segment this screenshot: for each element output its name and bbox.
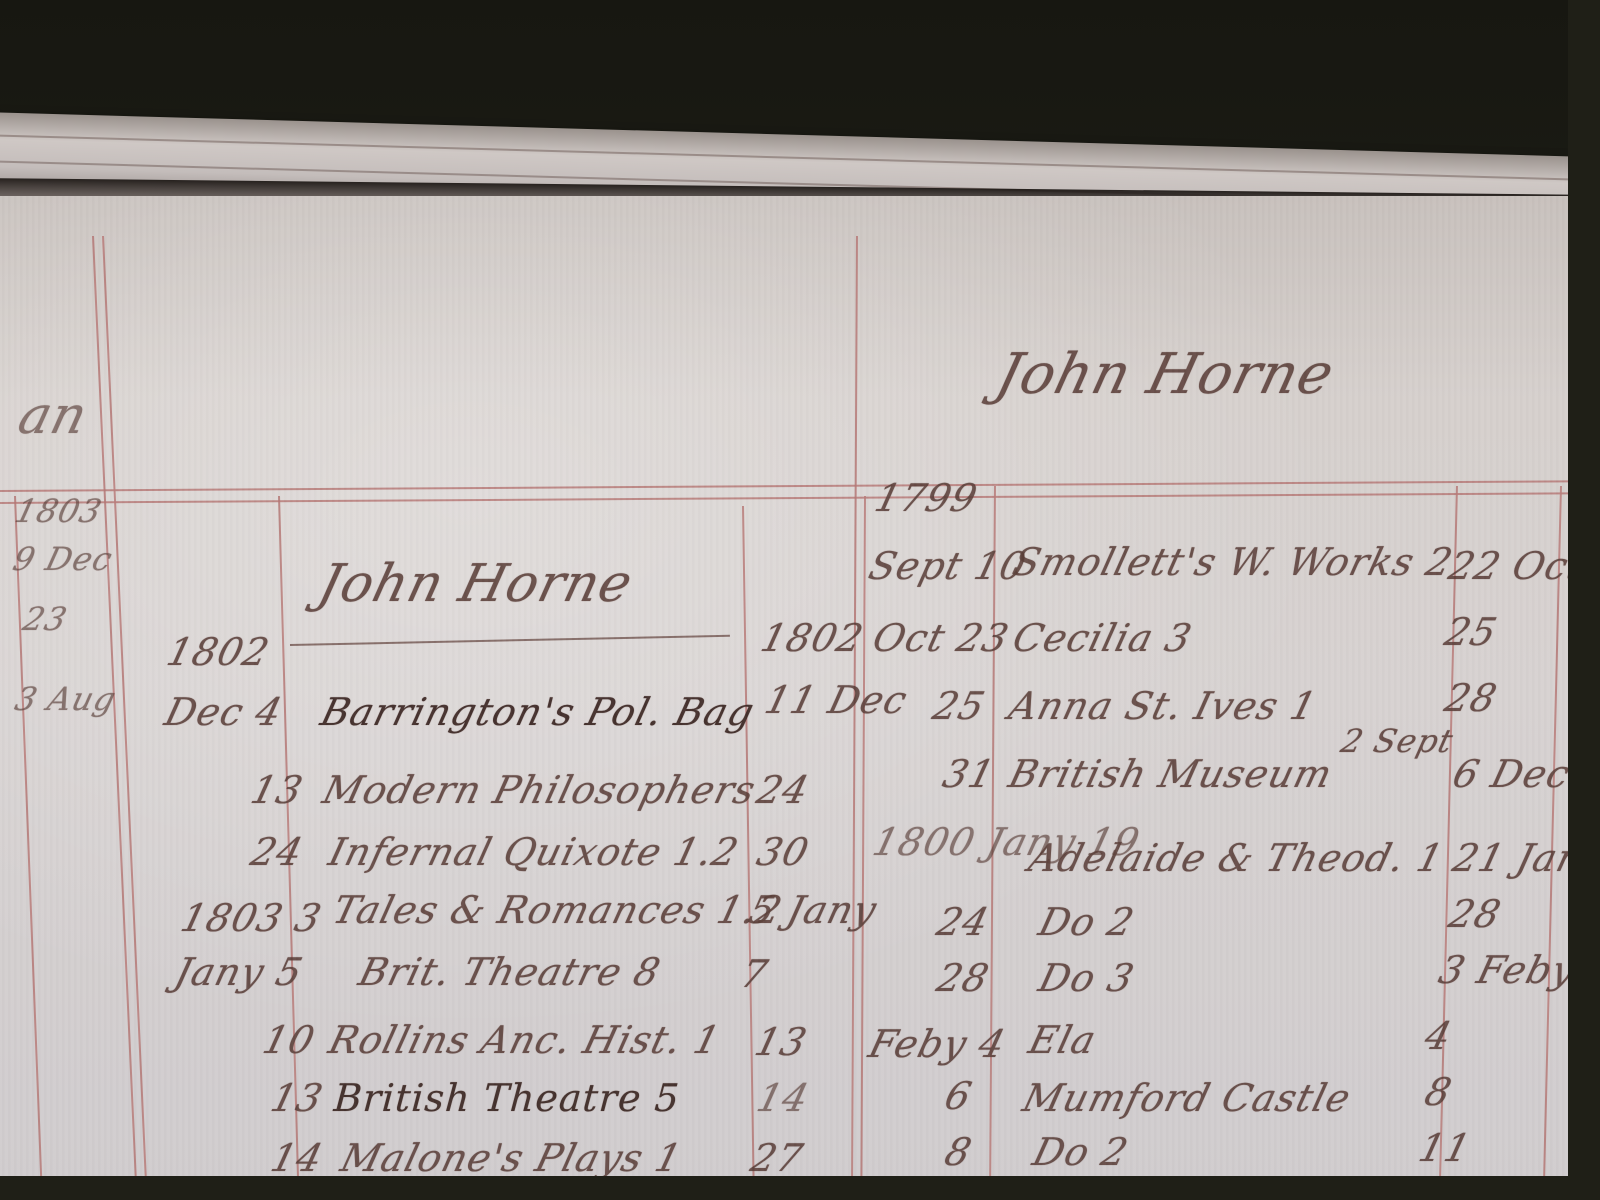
page-edge-line [0,134,1568,181]
heading-underline [290,635,730,646]
entry-returned: 27 [747,1136,808,1176]
entry-date-out: Oct 23 [869,616,1014,660]
entry-returned: 14 [753,1076,814,1120]
entry-date-out: 6 [941,1074,977,1118]
entry-date-out: Jany 5 [171,950,308,994]
entry-title: Modern Philosophers [319,768,761,812]
entry-date-out: 10 [259,1018,320,1062]
rule-line-horizontal [0,492,1568,504]
entry-title: Smollett's W. Works 2 [1009,540,1458,584]
margin-fragment: 1803 [11,492,106,530]
entry-returned: 5 Jany [745,888,882,932]
year-returned: 1802 [757,616,869,660]
ledger-page: an 1803 9 Dec 23 3 Aug John Horne 1802 1… [0,196,1568,1176]
entry-title: British Theatre 5 [332,1076,681,1120]
entry-returned: 28 [1441,676,1502,720]
entry-title: Anna St. Ives 1 [1005,684,1322,728]
entry-title: Infernal Quixote 1.2 [325,830,744,874]
entry-returned: 11 [1415,1126,1476,1170]
rule-line-vertical [860,496,866,1176]
entry-date-out: 24 [247,830,308,874]
entry-date-out: 28 [933,956,994,1000]
entry-title: Cecilia 3 [1009,616,1197,660]
entry-date-out: Feby 4 [865,1022,1011,1066]
entry-returned: 30 [753,830,814,874]
entry-title: Tales & Romances 1.2 [329,888,788,932]
entry-date-out: Sept 10 [865,544,1032,588]
entry-title: Do 3 [1035,956,1140,1000]
year-out: 1802 [163,630,275,674]
margin-fragment: 3 Aug [11,680,120,718]
entry-returned: 11 Dec [761,678,913,722]
entry-date-out: 24 [933,900,994,944]
entry-title: Mumford Castle [1019,1076,1356,1120]
entry-returned: 7 [737,952,773,996]
entry-title: Malone's Plays 1 [337,1136,687,1176]
entry-returned: 21 Jany [1449,836,1568,880]
entry-returned: 25 [1441,610,1502,654]
entry-date-out: 13 [247,768,308,812]
entry-date-out: 1803 3 [177,896,327,940]
entry-returned: 22 Oct [1445,544,1568,588]
entry-returned: 13 [751,1020,812,1064]
entry-title: Ela [1025,1018,1102,1062]
rule-line-vertical [1543,486,1562,1176]
entry-returned: 3 Feby [1435,948,1568,992]
year: 1799 [871,476,983,520]
entry-returned: 28 [1445,892,1506,936]
rule-line-vertical [742,506,755,1176]
entry-date-out: Dec 4 [161,690,287,734]
margin-fragment: 23 [19,600,71,638]
entry-title: Brit. Theatre 8 [355,950,666,994]
account-heading: John Horne [990,342,1341,407]
rule-line-vertical [14,496,43,1176]
entry-date-out: 13 [267,1076,328,1120]
margin-fragment: an [13,386,94,446]
account-heading: John Horne [313,554,639,614]
margin-fragment: 9 Dec [9,540,117,578]
entry-title: British Museum [1005,752,1338,796]
entry-returned: 6 Dec [1449,752,1568,796]
entry-date-out: 14 [267,1136,328,1176]
entry-returned: 24 [753,768,814,812]
entry-date-out: 8 [941,1130,977,1174]
entry-title: Adelaide & Theod. 1 [1025,836,1449,880]
entry-title: Barrington's Pol. Bag [317,690,760,734]
entry-title: Do 2 [1029,1130,1134,1174]
entry-title: Do 2 [1035,900,1140,944]
marginal-note: 2 Sept [1337,722,1457,760]
entry-date-out: 31 [939,752,1000,796]
rule-line-horizontal [0,480,1568,492]
entry-returned: 8 [1421,1070,1457,1114]
entry-title: Rollins Anc. Hist. 1 [325,1018,726,1062]
ledger-photo: an 1803 9 Dec 23 3 Aug John Horne 1802 1… [0,0,1568,1176]
entry-date-out: 25 [929,684,990,728]
entry-returned: 4 [1421,1014,1457,1058]
